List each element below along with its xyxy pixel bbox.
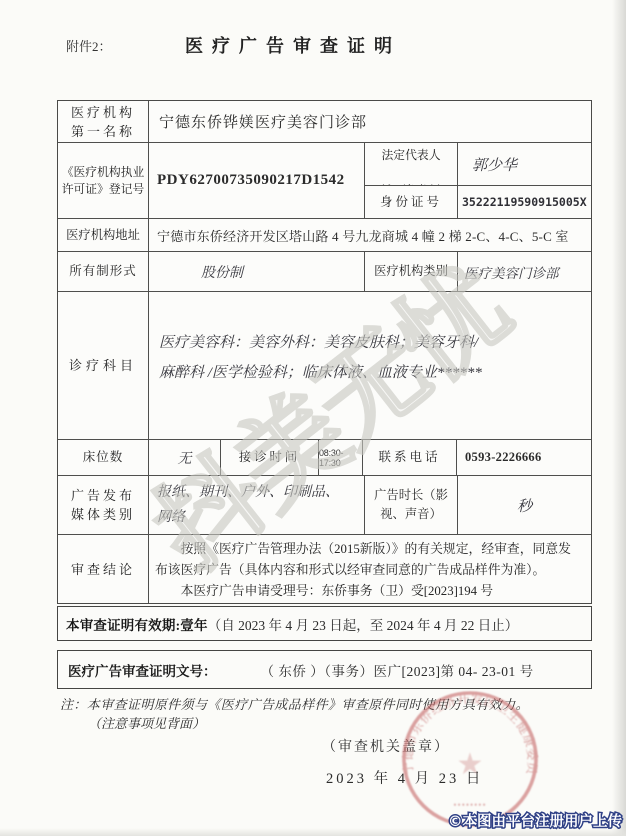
- visiting-hours-value: 08:30-17:30: [319, 440, 363, 475]
- address-value: 宁德市东侨经济开发区塔山路 4 号九龙商城 4 幢 2 梯 2-C、4-C、5-…: [149, 219, 591, 251]
- legal-rep-label: 法定代表人 （主要负责人）: [365, 143, 458, 185]
- license-label: 《医疗机构执业 许可证》登记号: [58, 143, 149, 218]
- conclusion-acceptance-number: 本医疗广告申请受理号：东侨事务（卫）受[2023]194 号: [155, 581, 583, 602]
- table-row: 床位数 无 接诊时间 08:30-17:30 联系电话 0593-2226666: [58, 440, 591, 476]
- id-number-value: 35222119590915005X: [458, 186, 591, 218]
- certificate-table: 医疗机构 第一名称 宁德东侨铧媄医疗美容门诊部 《医疗机构执业 许可证》登记号 …: [57, 100, 592, 604]
- table-row: 诊疗科目 医疗美容科：美容外科：美容皮肤科；美容牙科/ 麻醉科 /医学检验科；临…: [58, 292, 591, 440]
- conclusion-paragraph: 按照《医疗广告管理办法（2015新版）》的有关规定，经审查，同意发布该医疗广告（…: [155, 539, 583, 581]
- visiting-hours-label: 接诊时间: [221, 440, 319, 475]
- doc-number-value: （ 东侨 ）（事务）医广[2023]第 04- 23-01 号: [261, 660, 534, 680]
- ownership-label: 所有制形式: [58, 252, 149, 291]
- conclusion-cell: 按照《医疗广告管理办法（2015新版）》的有关规定，经审查，同意发布该医疗广告（…: [149, 535, 591, 603]
- org-name-value: 宁德东侨铧媄医疗美容门诊部: [149, 101, 591, 142]
- legal-rep-value: 郭少华: [458, 143, 591, 185]
- table-row: 审查结论 按照《医疗广告管理办法（2015新版）》的有关规定，经审查，同意发布该…: [58, 535, 591, 603]
- page-title: 医疗广告审查证明: [0, 32, 586, 58]
- departments-label: 诊疗科目: [58, 292, 149, 439]
- validity-box: 本审查证明有效期:壹年 （自 2023 年 4 月 23 日起，至 2024 年…: [57, 606, 592, 641]
- phone-label: 联系电话: [363, 440, 457, 475]
- table-row: 医疗机构地址 宁德市东侨经济开发区塔山路 4 号九龙商城 4 幢 2 梯 2-C…: [58, 219, 591, 252]
- doc-number-label: 医疗广告审查证明文号：: [68, 660, 217, 680]
- id-number-label: 身份证号: [365, 186, 458, 218]
- duration-label: 广告时长（影视、声音）: [365, 476, 458, 534]
- platform-credit-badge: ©本图由平台注册用户上传: [426, 808, 626, 834]
- duration-value: 秒: [458, 476, 591, 534]
- beds-label: 床位数: [58, 440, 149, 475]
- doc-number-box: 医疗广告审查证明文号： （ 东侨 ）（事务）医广[2023]第 04- 23-0…: [57, 650, 592, 689]
- beds-value: 无: [149, 440, 221, 475]
- scan-edge-shade: [612, 0, 626, 836]
- stamp-hint: （审查机关盖章）: [322, 736, 450, 756]
- phone-value: 0593-2226666: [457, 440, 591, 475]
- legal-rep-block: 法定代表人 （主要负责人） 郭少华 身份证号 35222119590915005…: [365, 143, 591, 218]
- legal-rep-label-line1: 法定代表人: [382, 148, 441, 162]
- id-number-row: 身份证号 35222119590915005X: [365, 186, 591, 218]
- note-line2: （注意事项见背面）: [88, 713, 205, 732]
- departments-value: 医疗美容科：美容外科：美容皮肤科；美容牙科/ 麻醉科 /医学检验科；临床体液、血…: [149, 276, 591, 439]
- validity-label: 本审查证明有效期:壹年: [66, 614, 208, 634]
- validity-value: （自 2023 年 4 月 23 日起，至 2024 年 4 月 22 日止）: [208, 614, 519, 634]
- table-row: 医疗机构 第一名称 宁德东侨铧媄医疗美容门诊部: [58, 101, 591, 143]
- address-label: 医疗机构地址: [58, 219, 149, 251]
- org-name-label: 医疗机构 第一名称: [58, 101, 149, 142]
- certificate-date: 2023 年 4 月 23 日: [326, 767, 483, 788]
- table-row: 《医疗机构执业 许可证》登记号 PDY62700735090217D1542 法…: [58, 143, 591, 219]
- legal-rep-row: 法定代表人 （主要负责人） 郭少华: [365, 143, 591, 186]
- platform-credit-text: ©本图由平台注册用户上传: [448, 812, 622, 830]
- license-value: PDY62700735090217D1542: [149, 143, 365, 218]
- certificate-page: 附件2： 医疗广告审查证明 医疗机构 第一名称 宁德东侨铧媄医疗美容门诊部 《医…: [0, 0, 626, 836]
- conclusion-label: 审查结论: [58, 535, 149, 603]
- media-value: 报纸、期刊、户外、印刷品、网络: [149, 476, 365, 534]
- legal-rep-label-line2: （主要负责人）: [374, 185, 448, 186]
- media-label: 广告发布 媒体类别: [58, 476, 149, 534]
- table-row: 广告发布 媒体类别 报纸、期刊、户外、印刷品、网络 广告时长（影视、声音） 秒: [58, 476, 591, 535]
- note-line1: 注：本审查证明原件须与《医疗广告成品样件》审查原件同时使用方具有效力。: [60, 694, 529, 713]
